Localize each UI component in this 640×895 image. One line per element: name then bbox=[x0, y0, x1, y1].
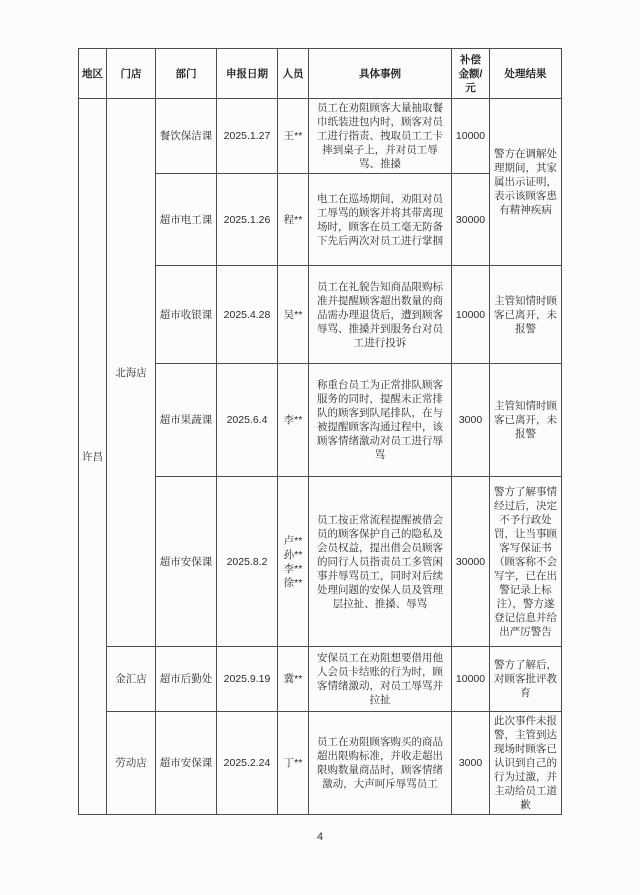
col-header-amount: 补偿金额/元 bbox=[452, 49, 490, 99]
case-cell: 员工在劝阻顾客购买的商品超出限购标准，并收走超出限购数量商品时，顾客情绪激动，大… bbox=[309, 712, 452, 815]
amount-cell: 30000 bbox=[452, 174, 490, 266]
document-page: 地区 门店 部门 申报日期 人员 具体事例 补偿金额/元 处理结果 许昌 北海店… bbox=[0, 0, 640, 895]
person-cell: 卢** 孙** 李** 徐** bbox=[278, 477, 309, 647]
table-row: 金汇店 超市后勤处 2025.9.19 冀** 安保员工在劝阻想要借用他人会员卡… bbox=[79, 647, 562, 712]
dept-cell: 餐饮保洁课 bbox=[156, 99, 217, 174]
amount-cell: 3000 bbox=[452, 364, 490, 477]
person-cell: 丁** bbox=[278, 712, 309, 815]
col-header-result: 处理结果 bbox=[490, 49, 562, 99]
dept-cell: 超市安保课 bbox=[156, 477, 217, 647]
col-header-dept: 部门 bbox=[156, 49, 217, 99]
dept-cell: 超市后勤处 bbox=[156, 647, 217, 712]
col-header-case: 具体事例 bbox=[309, 49, 452, 99]
result-cell: 主管知情时顾客已离开，未报警 bbox=[490, 364, 562, 477]
amount-cell: 10000 bbox=[452, 266, 490, 364]
result-cell: 此次事件未报警，主管到达现场时顾客已认识到自己的行为过激，并主动给员工道歉 bbox=[490, 712, 562, 815]
date-cell: 2025.8.2 bbox=[217, 477, 278, 647]
person-cell: 李** bbox=[278, 364, 309, 477]
dept-cell: 超市果蔬课 bbox=[156, 364, 217, 477]
result-cell: 警方了解后，对顾客批评教育 bbox=[490, 647, 562, 712]
date-cell: 2025.6.4 bbox=[217, 364, 278, 477]
dept-cell: 超市电工课 bbox=[156, 174, 217, 266]
col-header-date: 申报日期 bbox=[217, 49, 278, 99]
amount-cell: 10000 bbox=[452, 99, 490, 174]
store-cell: 劳动店 bbox=[107, 712, 156, 815]
table-header-row: 地区 门店 部门 申报日期 人员 具体事例 补偿金额/元 处理结果 bbox=[79, 49, 562, 99]
col-header-person: 人员 bbox=[278, 49, 309, 99]
table-row: 许昌 北海店 餐饮保洁课 2025.1.27 王** 员工在劝阻顾客大量抽取餐巾… bbox=[79, 99, 562, 174]
store-cell: 金汇店 bbox=[107, 647, 156, 712]
date-cell: 2025.2.24 bbox=[217, 712, 278, 815]
person-cell: 冀** bbox=[278, 647, 309, 712]
dept-cell: 超市安保课 bbox=[156, 712, 217, 815]
case-cell: 员工按正常流程提醒被借会员的顾客保护自己的隐私及会员权益，提出借会员顾客的同行人… bbox=[309, 477, 452, 647]
date-cell: 2025.1.26 bbox=[217, 174, 278, 266]
region-cell: 许昌 bbox=[79, 99, 107, 815]
person-cell: 吴** bbox=[278, 266, 309, 364]
case-cell: 安保员工在劝阻想要借用他人会员卡结账的行为时，顾客情绪激动，对员工辱骂并拉扯 bbox=[309, 647, 452, 712]
amount-cell: 10000 bbox=[452, 647, 490, 712]
date-cell: 2025.4.28 bbox=[217, 266, 278, 364]
amount-cell: 30000 bbox=[452, 477, 490, 647]
col-header-region: 地区 bbox=[79, 49, 107, 99]
dept-cell: 超市收银课 bbox=[156, 266, 217, 364]
person-cell: 程** bbox=[278, 174, 309, 266]
col-header-store: 门店 bbox=[107, 49, 156, 99]
case-cell: 员工在礼貌告知商品限购标准并提醒顾客超出数量的商品需办理退货后，遭到顾客辱骂、推… bbox=[309, 266, 452, 364]
result-cell: 主管知情时顾客已离开，未报警 bbox=[490, 266, 562, 364]
store-cell: 北海店 bbox=[107, 99, 156, 647]
page-number: 4 bbox=[0, 831, 640, 843]
table-row: 劳动店 超市安保课 2025.2.24 丁** 员工在劝阻顾客购买的商品超出限购… bbox=[79, 712, 562, 815]
case-cell: 称重台员工为正常排队顾客服务的同时，提醒未正常排队的顾客到队尾排队，在与被提醒顾… bbox=[309, 364, 452, 477]
amount-cell: 3000 bbox=[452, 712, 490, 815]
result-cell: 警方了解事情经过后，决定不予行政处罚，让当事顾客写保证书（顾客称不会写字，已在出… bbox=[490, 477, 562, 647]
person-cell: 王** bbox=[278, 99, 309, 174]
case-cell: 电工在巡场期间，劝阻对员工辱骂的顾客并将其带离现场时，顾客在员工毫无防备下先后两… bbox=[309, 174, 452, 266]
case-cell: 员工在劝阻顾客大量抽取餐巾纸装进包内时，顾客对员工进行指责、拽取员工工卡摔到桌子… bbox=[309, 99, 452, 174]
date-cell: 2025.9.19 bbox=[217, 647, 278, 712]
result-cell: 警方在调解处理期间，其家属出示证明，表示该顾客患有精神疾病 bbox=[490, 99, 562, 266]
date-cell: 2025.1.27 bbox=[217, 99, 278, 174]
incident-report-table: 地区 门店 部门 申报日期 人员 具体事例 补偿金额/元 处理结果 许昌 北海店… bbox=[78, 48, 562, 815]
